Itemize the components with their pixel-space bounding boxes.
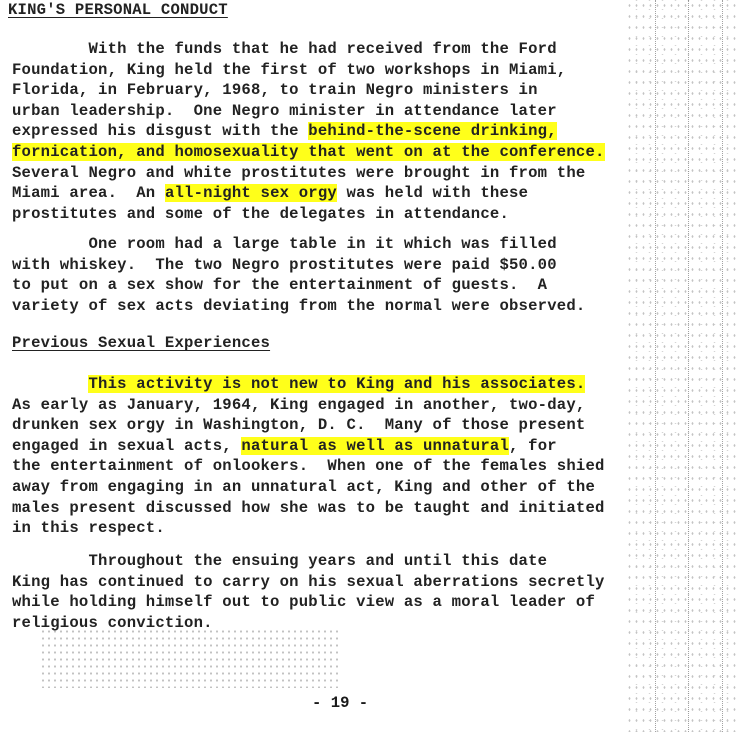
text-line: with whiskey. The two Negro prostitutes … <box>12 255 557 275</box>
highlighted-text: all-night sex orgy <box>165 184 337 202</box>
text-line: Throughout the ensuing years and until t… <box>12 551 547 571</box>
text-line: King has continued to carry on his sexua… <box>12 572 605 592</box>
text-line: As early as January, 1964, King engaged … <box>12 395 585 415</box>
text-line: away from engaging in an unnatural act, … <box>12 477 595 497</box>
text-line: Miami area. An all-night sex orgy was he… <box>12 183 528 203</box>
text-line: males present discussed how she was to b… <box>12 498 605 518</box>
text-segment: , for <box>509 437 557 455</box>
text-line: drunken sex orgy in Washington, D. C. Ma… <box>12 415 585 435</box>
text-line: With the funds that he had received from… <box>12 39 557 59</box>
highlighted-text: natural as well as unnatural <box>241 437 509 455</box>
illegible-smudge <box>40 628 340 688</box>
text-line: variety of sex acts deviating from the n… <box>12 296 585 316</box>
text-line: in this respect. <box>12 518 165 538</box>
text-segment: Miami area. An <box>12 184 165 202</box>
text-line: expressed his disgust with the behind-th… <box>12 121 557 141</box>
text-line: urban leadership. One Negro minister in … <box>12 101 557 121</box>
scan-artifact-line <box>655 0 657 732</box>
text-line: engaged in sexual acts, natural as well … <box>12 436 557 456</box>
highlighted-text: behind-the-scene drinking, <box>308 122 557 140</box>
text-segment <box>12 375 88 393</box>
text-line: Several Negro and white prostitutes were… <box>12 163 585 183</box>
scan-noise <box>626 0 736 732</box>
document-page: KING'S PERSONAL CONDUCT With the funds t… <box>0 0 736 732</box>
scan-artifact-line <box>722 0 724 732</box>
subheading-previous-experiences: Previous Sexual Experiences <box>12 333 270 353</box>
text-line: Florida, in February, 1968, to train Neg… <box>12 80 538 100</box>
page-number: - 19 - <box>312 694 368 712</box>
text-segment: engaged in sexual acts, <box>12 437 241 455</box>
section-heading: KING'S PERSONAL CONDUCT <box>8 0 228 20</box>
text-line: the entertainment of onlookers. When one… <box>12 456 605 476</box>
highlighted-text: fornication, and homosexuality that went… <box>12 143 605 161</box>
highlighted-text: This activity is not new to King and his… <box>88 375 585 393</box>
text-line: to put on a sex show for the entertainme… <box>12 275 547 295</box>
text-line: prostitutes and some of the delegates in… <box>12 204 509 224</box>
text-line: One room had a large table in it which w… <box>12 234 557 254</box>
scan-artifact-line <box>688 0 690 732</box>
text-line: fornication, and homosexuality that went… <box>12 142 605 162</box>
text-segment: was held with these <box>337 184 528 202</box>
text-line: This activity is not new to King and his… <box>12 374 585 394</box>
text-segment: expressed his disgust with the <box>12 122 308 140</box>
text-line: Foundation, King held the first of two w… <box>12 60 566 80</box>
text-line: while holding himself out to public view… <box>12 592 595 612</box>
